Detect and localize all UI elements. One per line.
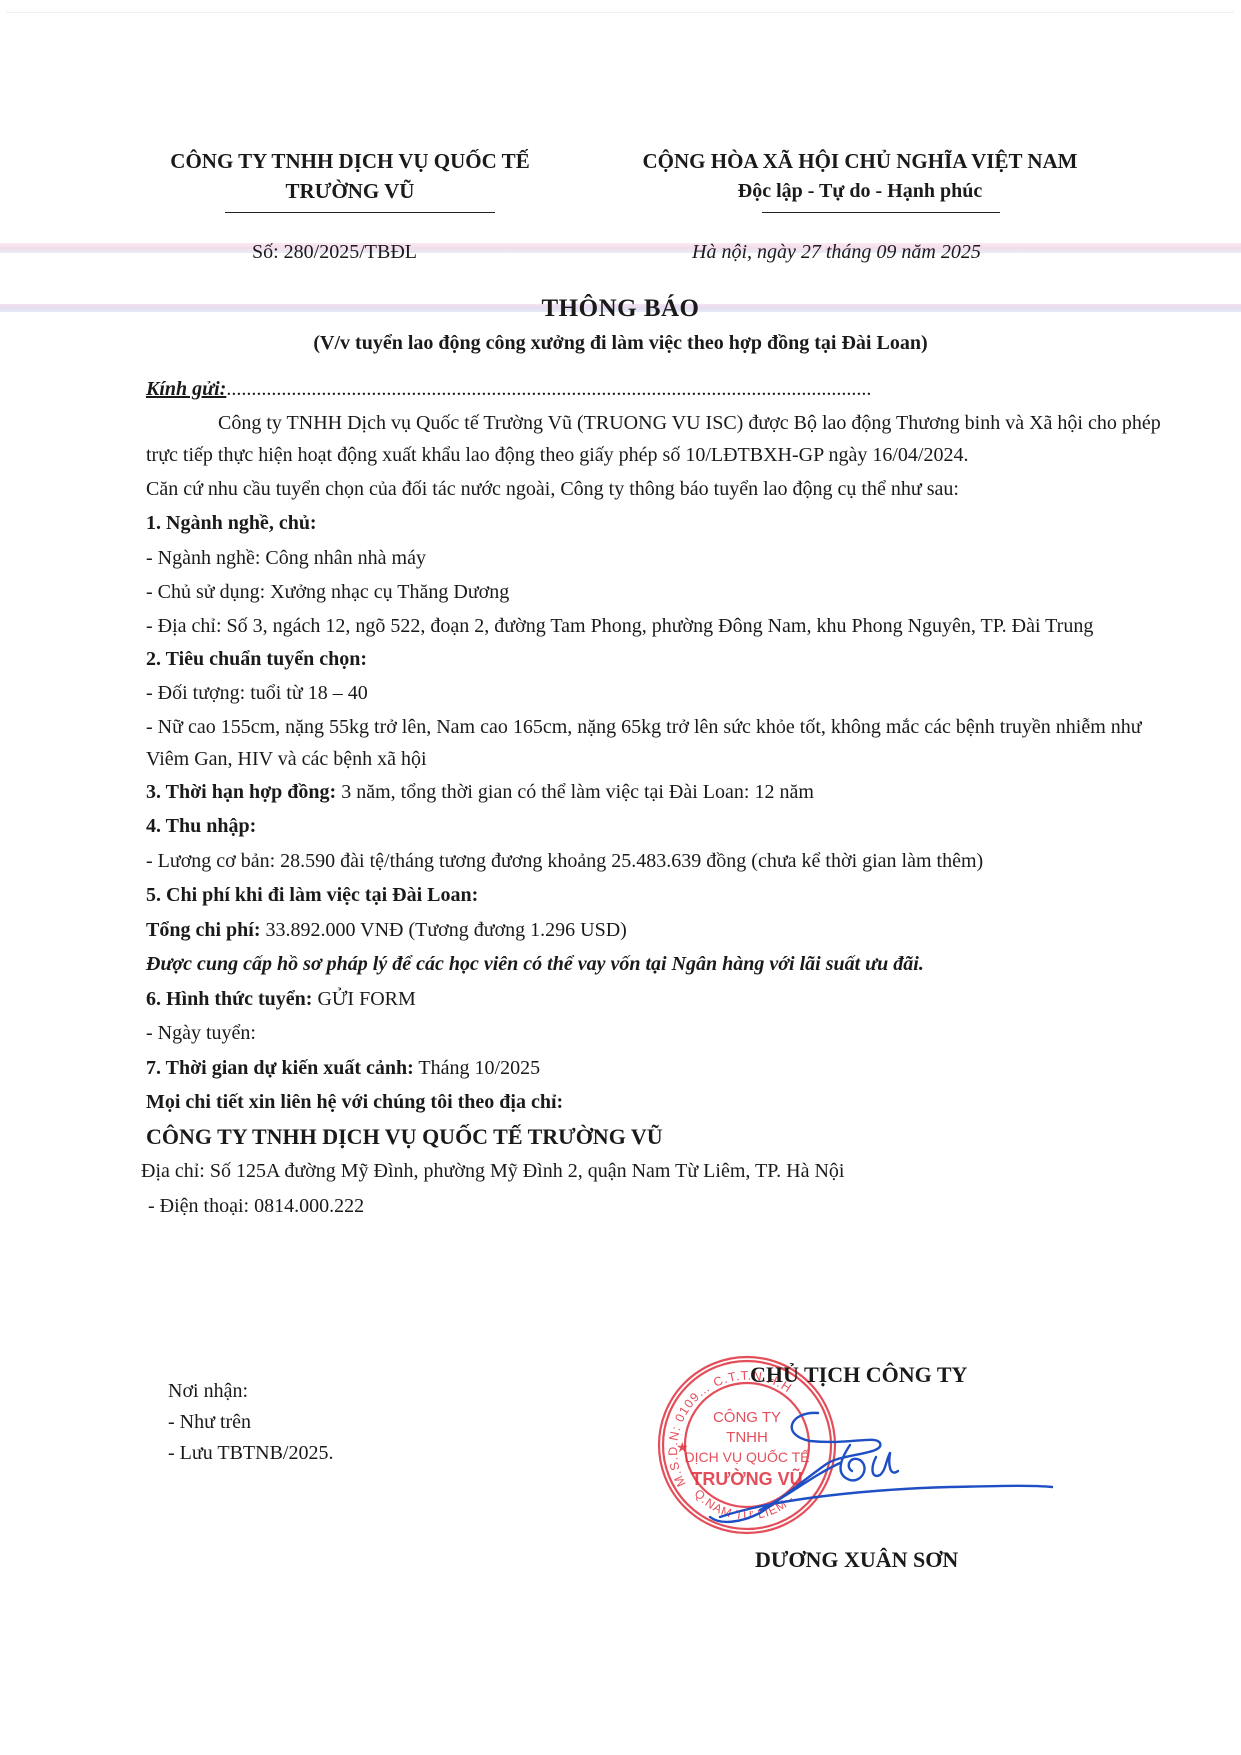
salutation-blank: ........................................…: [226, 378, 871, 400]
basis-paragraph: Căn cứ nhu cầu tuyển chọn của đối tác nư…: [146, 472, 1176, 507]
document-number: Số: 280/2025/TBĐL: [252, 241, 417, 264]
national-header: CỘNG HÒA XÃ HỘI CHỦ NGHĨA VIỆT NAM Độc l…: [620, 146, 1100, 206]
signer-title: CHỦ TỊCH CÔNG TY: [750, 1362, 967, 1388]
intro-paragraph: Công ty TNHH Dịch vụ Quốc tế Trường Vũ (…: [146, 407, 1176, 472]
section-7-heading: 7. Thời gian dự kiến xuất cảnh:: [146, 1057, 414, 1079]
document-body: Kính gửi:...............................…: [146, 372, 1176, 1223]
nation-name: CỘNG HÒA XÃ HỘI CHỦ NGHĨA VIỆT NAM: [620, 146, 1100, 176]
contact-address: Địa chỉ: Số 125A đường Mỹ Đình, phường M…: [141, 1154, 1176, 1189]
section-7: 7. Thời gian dự kiến xuất cảnh: Tháng 10…: [146, 1051, 1176, 1086]
org-name-line2: TRƯỜNG VŨ: [140, 176, 560, 206]
section-1-heading: 1. Ngành nghề, chủ:: [146, 506, 1176, 541]
section-4-heading: 4. Thu nhập:: [146, 809, 1176, 844]
signer-name: DƯƠNG XUÂN SƠN: [755, 1547, 958, 1573]
document-title: THÔNG BÁO: [0, 295, 1241, 323]
contract-term: 3 năm, tổng thời gian có thể làm việc tạ…: [336, 781, 814, 803]
employer: - Chủ sử dụng: Xưởng nhạc cụ Thăng Dương: [146, 575, 1176, 610]
section-3: 3. Thời hạn hợp đồng: 3 năm, tổng thời g…: [146, 775, 1176, 810]
health-requirement: - Nữ cao 155cm, nặng 55kg trở lên, Nam c…: [146, 711, 1176, 775]
recruitment-method: GỬI FORM: [312, 988, 415, 1010]
section-6: 6. Hình thức tuyển: GỬI FORM: [146, 982, 1176, 1017]
issuing-organization: CÔNG TY TNHH DỊCH VỤ QUỐC TẾ TRƯỜNG VŨ: [140, 146, 560, 206]
age-requirement: - Đối tượng: tuổi từ 18 – 40: [146, 676, 1176, 711]
recruitment-date: - Ngày tuyển:: [146, 1016, 1176, 1051]
section-5-heading: 5. Chi phí khi đi làm việc tại Đài Loan:: [146, 878, 1176, 913]
loan-note: Được cung cấp hồ sơ pháp lý để các học v…: [146, 947, 1176, 982]
total-cost: Tổng chi phí: 33.892.000 VNĐ (Tương đươn…: [146, 913, 1176, 948]
divider: [225, 212, 495, 213]
recipient-item: - Lưu TBTNB/2025.: [168, 1438, 333, 1469]
salutation-label: Kính gửi:: [146, 378, 226, 400]
scan-artifact-band: [0, 243, 1241, 253]
total-cost-label: Tổng chi phí:: [146, 919, 260, 941]
section-3-heading: 3. Thời hạn hợp đồng:: [146, 781, 336, 803]
recipient-item: - Như trên: [168, 1407, 333, 1438]
departure-time: Tháng 10/2025: [414, 1057, 540, 1079]
handwritten-signature-icon: [700, 1405, 1060, 1525]
section-2-heading: 2. Tiêu chuẩn tuyển chọn:: [146, 642, 1176, 677]
org-name-line1: CÔNG TY TNHH DỊCH VỤ QUỐC TẾ: [140, 146, 560, 176]
contact-intro: Mọi chi tiết xin liên hệ với chúng tôi t…: [146, 1085, 1176, 1120]
section-6-heading: 6. Hình thức tuyển:: [146, 988, 312, 1010]
occupation: - Ngành nghề: Công nhân nhà máy: [146, 541, 1176, 576]
contact-company: CÔNG TY TNHH DỊCH VỤ QUỐC TẾ TRƯỜNG VŨ: [146, 1120, 1176, 1155]
employer-address: - Địa chỉ: Số 3, ngách 12, ngõ 522, đoạn…: [146, 610, 1176, 642]
recipients-block: Nơi nhận: - Như trên - Lưu TBTNB/2025.: [168, 1376, 333, 1469]
recipients-label: Nơi nhận:: [168, 1376, 333, 1407]
place-date: Hà nội, ngày 27 tháng 09 năm 2025: [692, 241, 981, 264]
salutation: Kính gửi:...............................…: [146, 372, 1176, 407]
document-subject: (V/v tuyển lao động công xưởng đi làm vi…: [0, 332, 1241, 355]
national-motto: Độc lập - Tự do - Hạnh phúc: [620, 176, 1100, 206]
divider: [762, 212, 1000, 213]
total-cost-value: 33.892.000 VNĐ (Tương đương 1.296 USD): [260, 919, 626, 941]
contact-phone: - Điện thoại: 0814.000.222: [148, 1189, 1176, 1224]
basic-salary: - Lương cơ bản: 28.590 đài tệ/tháng tươn…: [146, 844, 1176, 879]
